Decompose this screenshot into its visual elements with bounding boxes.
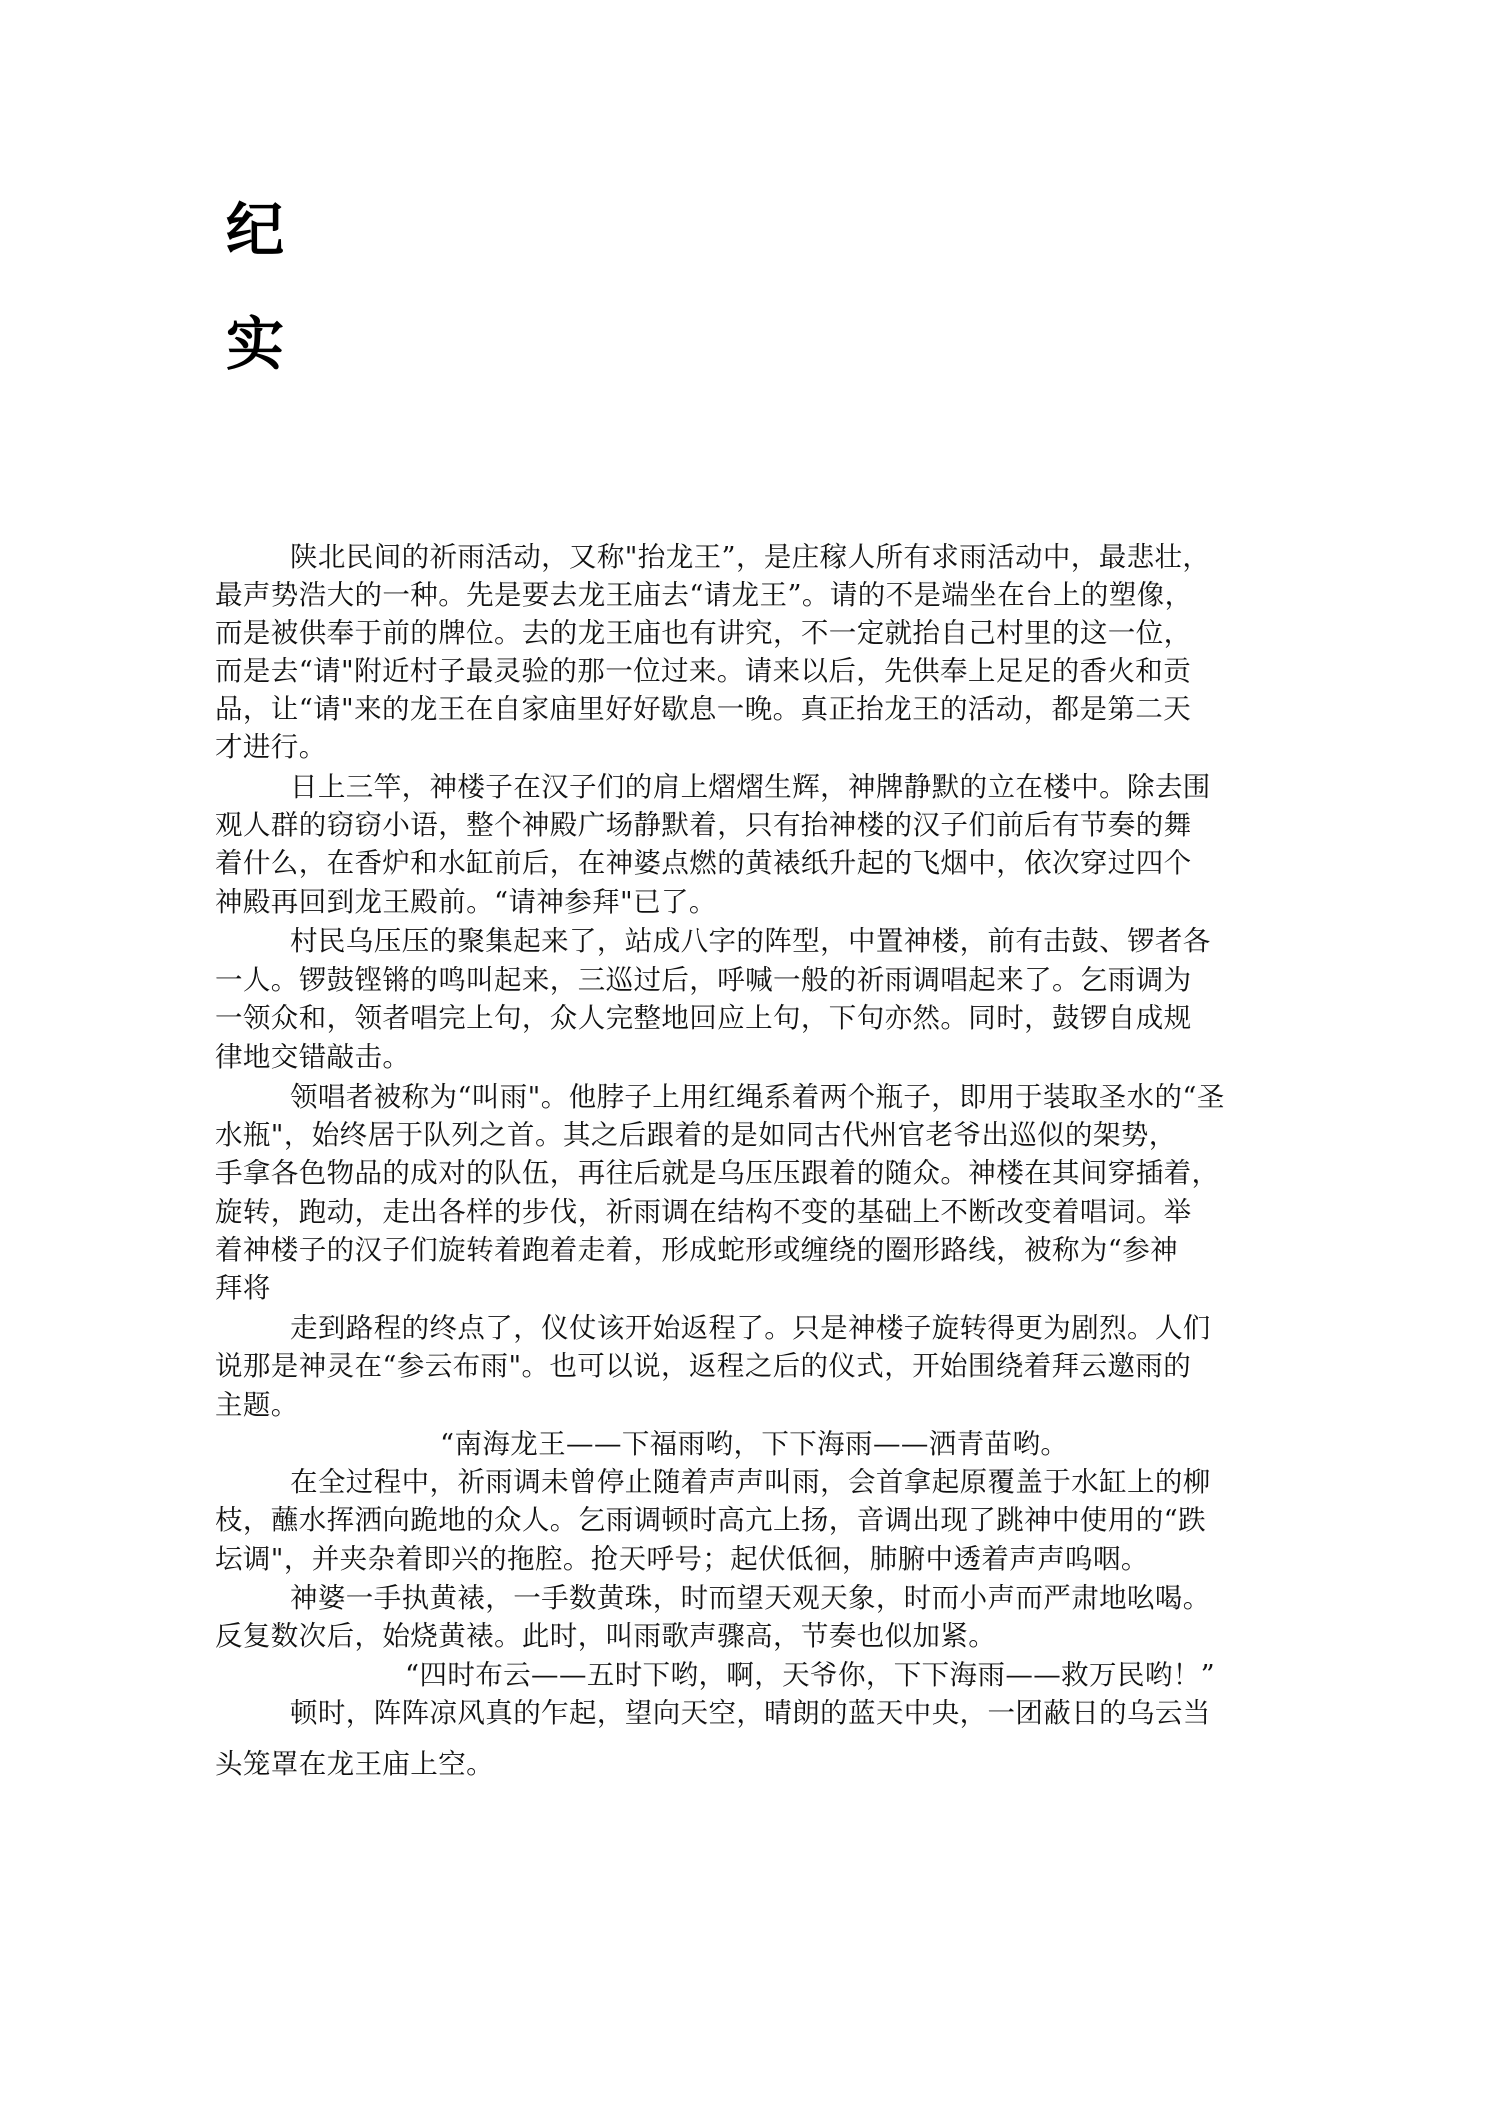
title-char-ji: 纪 [226,200,284,260]
paragraph-6-line: 在全过程中，祈雨调未曾停止随着声声叫雨，会首拿起原覆盖于水缸上的柳 [290,1465,1211,1499]
paragraph-1-line: 陕北民间的祈雨活动，又称"抬龙王”，是庄稼人所有求雨活动中，最悲壮， [290,540,1210,574]
paragraph-4-line: 拜将 [215,1271,271,1305]
paragraph-1-line: 而是被供奉于前的牌位。去的龙王庙也有讲究，不一定就抬自己村里的这一位， [215,616,1192,650]
document-page: 纪 实 陕北民间的祈雨活动，又称"抬龙王”，是庄稼人所有求雨活动中，最悲壮， 最… [0,0,1500,2121]
paragraph-7-line: 神婆一手执黄裱，一手数黄珠，时而望天观天象，时而小声而严肃地吆喝。 [290,1581,1211,1615]
paragraph-8-line: 顿时，阵阵凉风真的乍起，望向天空，晴朗的蓝天中央，一团蔽日的乌云当 [290,1696,1211,1730]
song-lyric-1: “南海龙王——下福雨哟，下下海雨——洒青苗哟。 [440,1427,1068,1461]
paragraph-6-line: 坛调"，并夹杂着即兴的拖腔。抢天呼号；起伏低徊，肺腑中透着声声呜咽。 [215,1542,1149,1576]
paragraph-7-line: 反复数次后，始烧黄裱。此时，叫雨歌声骤高，节奏也似加紧。 [215,1619,996,1653]
paragraph-4-line: 手拿各色物品的成对的队伍，再往后就是乌压压跟着的随众。神楼在其间穿插着， [215,1156,1219,1190]
paragraph-1-line: 而是去“请"附近村子最灵验的那一位过来。请来以后，先供奉上足足的香火和贡 [215,654,1191,688]
paragraph-1-line: 最声势浩大的一种。先是要去龙王庙去“请龙王”。请的不是端坐在台上的塑像， [215,578,1193,612]
paragraph-6-line: 枝，蘸水挥洒向跪地的众人。乞雨调顿时高亢上扬，音调出现了跳神中使用的“跌 [215,1503,1206,1537]
paragraph-2-line: 日上三竿，神楼子在汉子们的肩上熠熠生辉，神牌静默的立在楼中。除去围 [290,770,1211,804]
paragraph-5-line: 主题。 [215,1388,299,1422]
paragraph-4-line: 着神楼子的汉子们旋转着跑着走着，形成蛇形或缠绕的圈形路线，被称为“参神 [215,1233,1178,1267]
paragraph-3-line: 律地交错敲击。 [215,1040,410,1074]
paragraph-3-line: 一人。锣鼓铿锵的鸣叫起来，三巡过后，呼喊一般的祈雨调唱起来了。乞雨调为 [215,963,1192,997]
paragraph-3-line: 一领众和，领者唱完上句，众人完整地回应上句，下句亦然。同时，鼓锣自成规 [215,1001,1192,1035]
paragraph-5-line: 说那是神灵在“参云布雨"。也可以说，返程之后的仪式，开始围绕着拜云邀雨的 [215,1349,1191,1383]
paragraph-2-line: 观人群的窃窃小语，整个神殿广场静默着，只有抬神楼的汉子们前后有节奏的舞 [215,808,1192,842]
song-lyric-2: “四时布云——五时下哟，啊，天爷你，下下海雨——救万民哟！” [405,1658,1215,1692]
paragraph-4-line: 旋转，跑动，走出各样的步伐，祈雨调在结构不变的基础上不断改变着唱词。举 [215,1195,1192,1229]
paragraph-2-line: 着什么，在香炉和水缸前后，在神婆点燃的黄裱纸升起的飞烟中，依次穿过四个 [215,846,1192,880]
paragraph-4-line: 水瓶"，始终居于队列之首。其之后跟着的是如同古代州官老爷出巡似的架势， [215,1118,1177,1152]
paragraph-3-line: 村民乌压压的聚集起来了，站成八字的阵型，中置神楼，前有击鼓、锣者各 [290,924,1211,958]
title-char-shi: 实 [226,314,284,374]
paragraph-1-line: 才进行。 [215,730,327,764]
paragraph-8-line: 头笼罩在龙王庙上空。 [215,1747,494,1781]
paragraph-5-line: 走到路程的终点了，仪仗该开始返程了。只是神楼子旋转得更为剧烈。人们 [290,1311,1211,1345]
paragraph-4-line: 领唱者被称为“叫雨"。他脖子上用红绳系着两个瓶子，即用于装取圣水的“圣 [290,1080,1225,1114]
paragraph-2-line: 神殿再回到龙王殿前。“请神参拜"已了。 [215,885,717,919]
paragraph-1-line: 品，让“请"来的龙王在自家庙里好好歇息一晚。真正抬龙王的活动，都是第二天 [215,692,1191,726]
